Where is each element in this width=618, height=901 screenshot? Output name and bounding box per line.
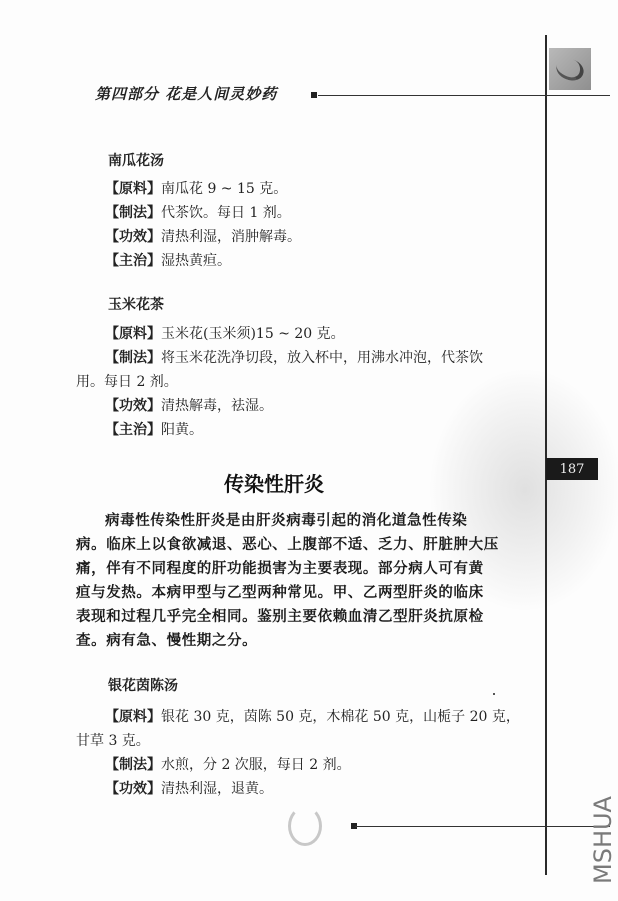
label: 【原料】 (105, 326, 161, 342)
value: 湿热黄疸。 (161, 253, 231, 269)
footer-ornament-icon (288, 806, 322, 846)
label: 【主治】 (105, 253, 161, 269)
paragraph-line: 病毒性传染性肝炎是由肝炎病毒引起的消化道急性传染 (105, 512, 467, 530)
label: 【制法】 (105, 205, 161, 221)
recipe-line-effect: 【功效】清热利湿，消肿解毒。 (105, 228, 301, 246)
label: 【制法】 (105, 350, 161, 366)
recipe-line-ingredients: 【原料】银花 30 克，茵陈 50 克，木棉花 50 克，山栀子 20 克， (105, 708, 520, 726)
recipe-line-method: 【制法】将玉米花洗净切段，放入杯中，用沸水冲泡，代茶饮 (105, 349, 483, 367)
value: 银花 30 克，茵陈 50 克，木棉花 50 克，山栀子 20 克， (161, 709, 520, 725)
value: 水煎，分 2 次服，每日 2 剂。 (161, 757, 351, 773)
label: 【主治】 (105, 422, 161, 438)
recipe-line-indication: 【主治】阳黄。 (105, 421, 203, 439)
running-header-title: 第四部分 花是人间灵妙药 (95, 83, 277, 104)
recipe-line-indication: 【主治】湿热黄疸。 (105, 252, 231, 270)
recipe-title: 银花茵陈汤 (108, 675, 178, 695)
swirl-icon (553, 54, 586, 83)
header-bullet (311, 92, 317, 98)
footer-rule (355, 826, 610, 827)
label: 【原料】 (105, 709, 161, 725)
value: 南瓜花 9 ~ 15 克。 (161, 181, 287, 197)
paragraph-line: 疸与发热。本病甲型与乙型两种常见。甲、乙两型肝炎的临床 (76, 584, 484, 602)
print-speck (493, 693, 495, 695)
label: 【功效】 (105, 781, 161, 797)
value: 玉米花(玉米须)15 ~ 20 克。 (161, 326, 345, 342)
recipe-line-continuation: 甘草 3 克。 (76, 732, 150, 750)
value: 清热解毒，祛湿。 (161, 398, 273, 414)
label: 【功效】 (105, 398, 161, 414)
margin-vertical-rule (545, 35, 547, 875)
recipe-line-effect: 【功效】清热解毒，祛湿。 (105, 397, 273, 415)
recipe-line-ingredients: 【原料】玉米花(玉米须)15 ~ 20 克。 (105, 325, 345, 343)
label: 【制法】 (105, 757, 161, 773)
paragraph-line: 查。病有急、慢性期之分。 (76, 632, 257, 650)
paragraph-line: 病。临床上以食欲减退、恶心、上腹部不适、乏力、肝脏肿大压 (76, 536, 499, 554)
paragraph-line: 表现和过程几乎完全相同。鉴别主要依赖血清乙型肝炎抗原检 (76, 608, 484, 626)
recipe-line-ingredients: 【原料】南瓜花 9 ~ 15 克。 (105, 180, 287, 198)
recipe-line-continuation: 用。每日 2 剂。 (76, 373, 178, 391)
chapter-corner-icon (549, 48, 591, 90)
value: 清热利湿，消肿解毒。 (161, 229, 301, 245)
value: 代茶饮。每日 1 剂。 (161, 205, 291, 221)
paragraph-line: 痛，伴有不同程度的肝功能损害为主要表现。部分病人可有黄 (76, 560, 484, 578)
recipe-line-effect: 【功效】清热利湿，退黄。 (105, 780, 273, 798)
recipe-line-method: 【制法】水煎，分 2 次服，每日 2 剂。 (105, 756, 351, 774)
value: 清热利湿，退黄。 (161, 781, 273, 797)
value: 将玉米花洗净切段，放入杯中，用沸水冲泡，代茶饮 (161, 350, 483, 366)
recipe-line-method: 【制法】代茶饮。每日 1 剂。 (105, 204, 291, 222)
value: 阳黄。 (161, 422, 203, 438)
recipe-title: 玉米花茶 (108, 294, 164, 314)
label: 【功效】 (105, 229, 161, 245)
watermark: MSHUA (588, 790, 618, 890)
header-rule (318, 95, 610, 96)
label: 【原料】 (105, 181, 161, 197)
recipe-title: 南瓜花汤 (108, 150, 164, 170)
section-heading: 传染性肝炎 (0, 468, 618, 497)
